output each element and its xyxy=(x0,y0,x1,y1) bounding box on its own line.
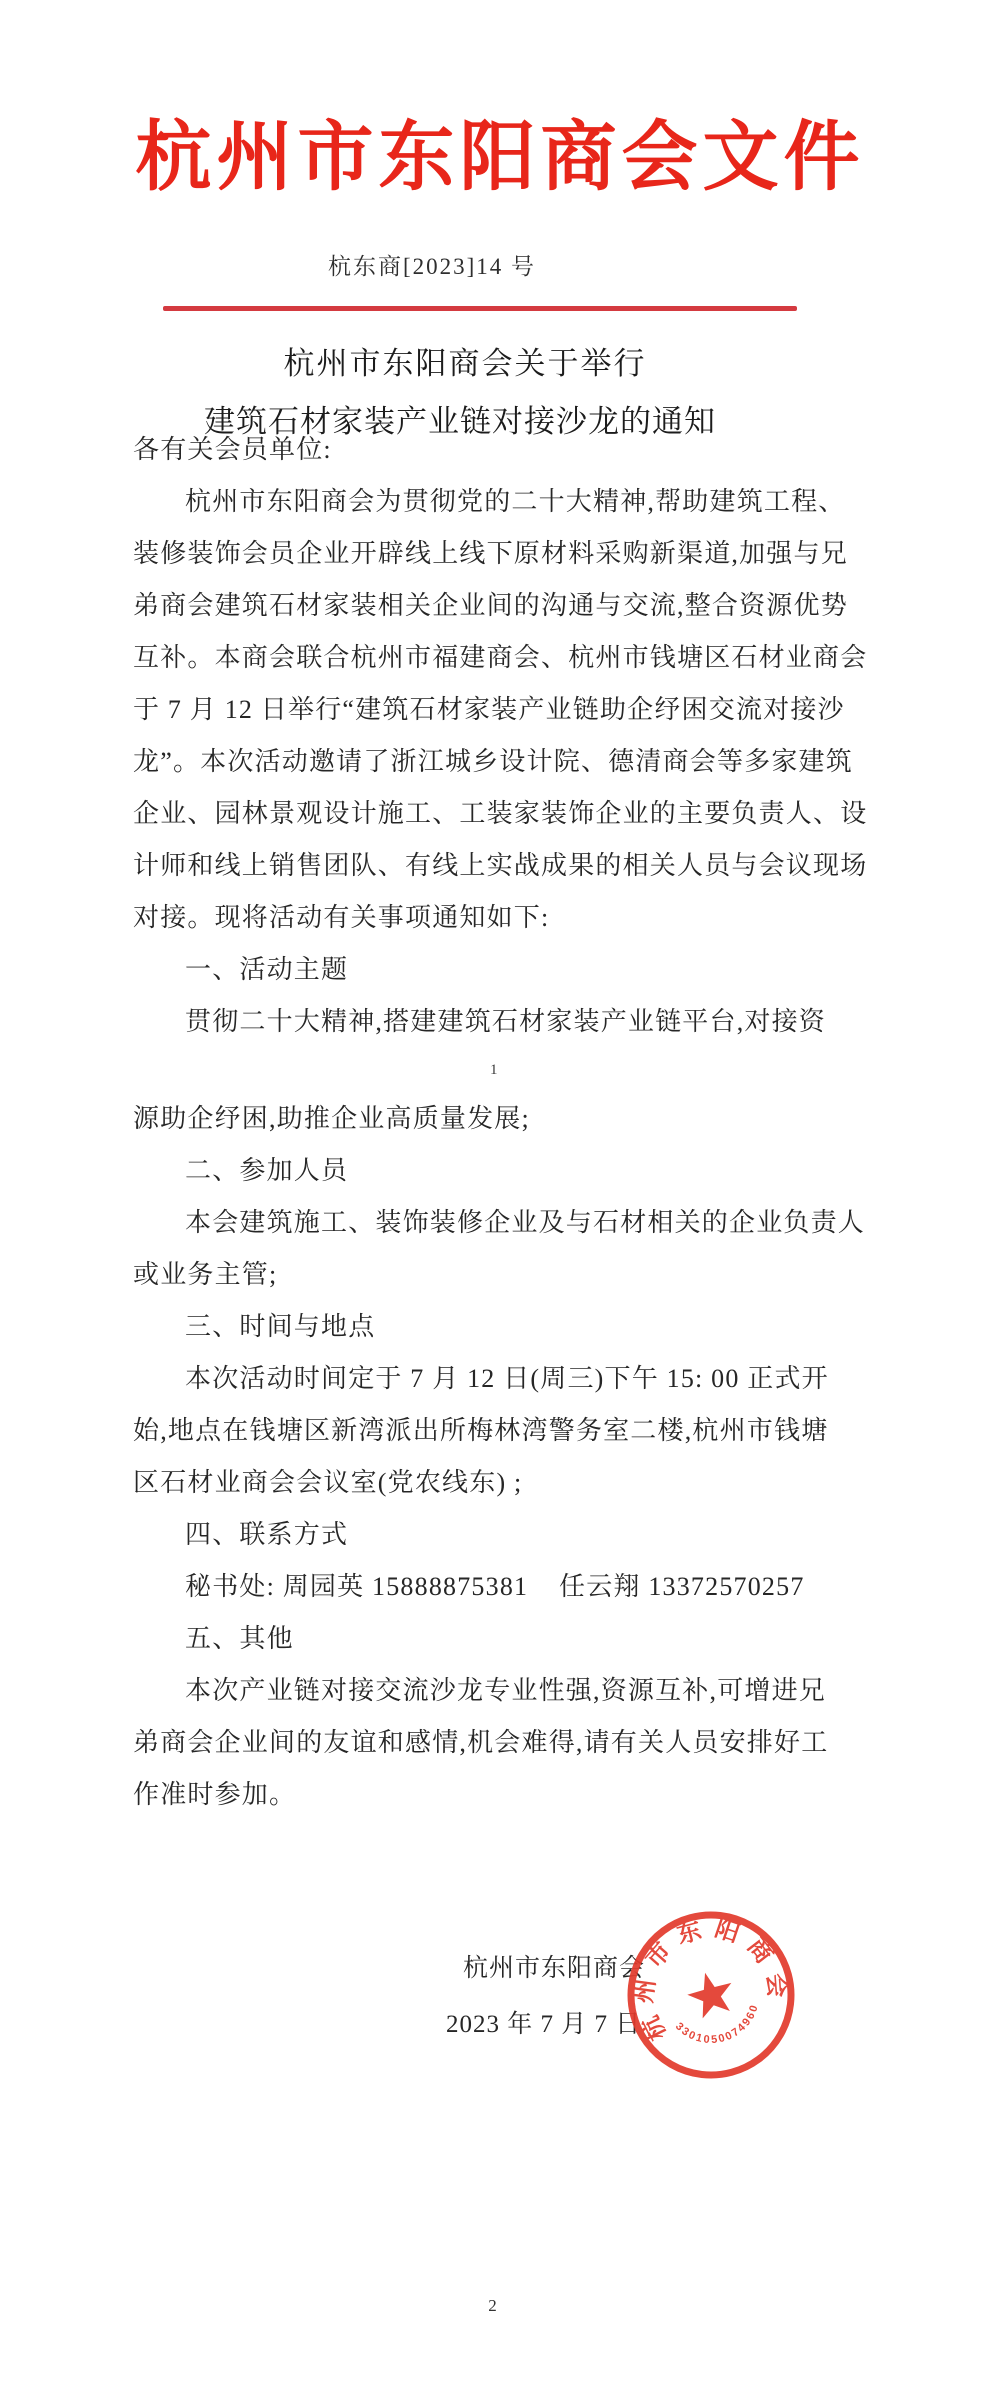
scan-page-break-gap: 1 xyxy=(133,1048,873,1093)
svg-text:杭州市东阳商会: 杭州市东阳商会 xyxy=(612,1898,799,2047)
body-line: 弟商会企业间的友谊和感情,机会难得,请有关人员安排好工 xyxy=(133,1717,873,1769)
body-line: 或业务主管; xyxy=(133,1249,873,1301)
body-line: 龙”。本次活动邀请了浙江城乡设计院、德清商会等多家建筑 xyxy=(133,736,873,788)
svg-text:3301050074960: 3301050074960 xyxy=(671,2000,768,2057)
body-line: 区石材业商会会议室(党农线东) ; xyxy=(133,1457,873,1509)
body-line: 于 7 月 12 日举行“建筑石材家装产业链助企纾困交流对接沙 xyxy=(133,684,873,736)
document-body: 各有关会员单位: 杭州市东阳商会为贯彻党的二十大精神,帮助建筑工程、 装修装饰会… xyxy=(133,424,873,1821)
official-seal: 杭州市东阳商会 3301050074960 xyxy=(602,1886,820,2104)
body-line: 杭州市东阳商会为贯彻党的二十大精神,帮助建筑工程、 xyxy=(133,476,873,528)
contact-line: 秘书处: 周园英 15888875381 任云翔 13372570257 xyxy=(133,1561,873,1613)
body-line: 作准时参加。 xyxy=(133,1769,873,1821)
seal-arc-text: 杭州市东阳商会 xyxy=(612,1898,799,2047)
body-line: 贯彻二十大精神,搭建建筑石材家装产业链平台,对接资 xyxy=(133,996,873,1048)
body-line: 本会建筑施工、装饰装修企业及与石材相关的企业负责人 xyxy=(133,1197,873,1249)
body-line: 源助企纾困,助推企业高质量发展; xyxy=(133,1093,873,1145)
section-heading-5: 五、其他 xyxy=(133,1613,873,1665)
section-heading-1: 一、活动主题 xyxy=(133,944,873,996)
document-number: 杭东商[2023]14 号 xyxy=(0,248,864,281)
notice-title-line-1: 杭州市东阳商会关于举行 xyxy=(0,338,930,383)
letterhead-title: 杭州市东阳商会文件 xyxy=(0,96,1000,205)
section-heading-2: 二、参加人员 xyxy=(133,1145,873,1197)
letterhead-divider-rule xyxy=(163,306,797,311)
body-line: 本次活动时间定于 7 月 12 日(周三)下午 15: 00 正式开 xyxy=(133,1353,873,1405)
star-icon xyxy=(683,1967,738,2021)
body-line: 弟商会建筑石材家装相关企业间的沟通与交流,整合资源优势 xyxy=(133,580,873,632)
body-line: 装修装饰会员企业开辟线上线下原材料采购新渠道,加强与兄 xyxy=(133,528,873,580)
body-line: 互补。本商会联合杭州市福建商会、杭州市钱塘区石材业商会 xyxy=(133,632,873,684)
body-line: 计师和线上销售团队、有线上实战成果的相关人员与会议现场 xyxy=(133,840,873,892)
document-page: 杭州市东阳商会文件 杭东商[2023]14 号 杭州市东阳商会关于举行 建筑石材… xyxy=(0,0,1000,2391)
salutation-line: 各有关会员单位: xyxy=(133,424,873,476)
signature-date: 2023 年 7 月 7 日 xyxy=(446,2004,641,2040)
footnote-mark: 1 xyxy=(490,1062,498,1078)
seal-serial-number: 3301050074960 xyxy=(671,2000,768,2057)
body-line: 企业、园林景观设计施工、工装家装饰企业的主要负责人、设 xyxy=(133,788,873,840)
page-number: 2 xyxy=(0,2296,985,2316)
body-line: 始,地点在钱塘区新湾派出所梅林湾警务室二楼,杭州市钱塘 xyxy=(133,1405,873,1457)
section-heading-4: 四、联系方式 xyxy=(133,1509,873,1561)
body-line: 本次产业链对接交流沙龙专业性强,资源互补,可增进兄 xyxy=(133,1665,873,1717)
section-heading-3: 三、时间与地点 xyxy=(133,1301,873,1353)
body-line: 对接。现将活动有关事项通知如下: xyxy=(133,892,873,944)
